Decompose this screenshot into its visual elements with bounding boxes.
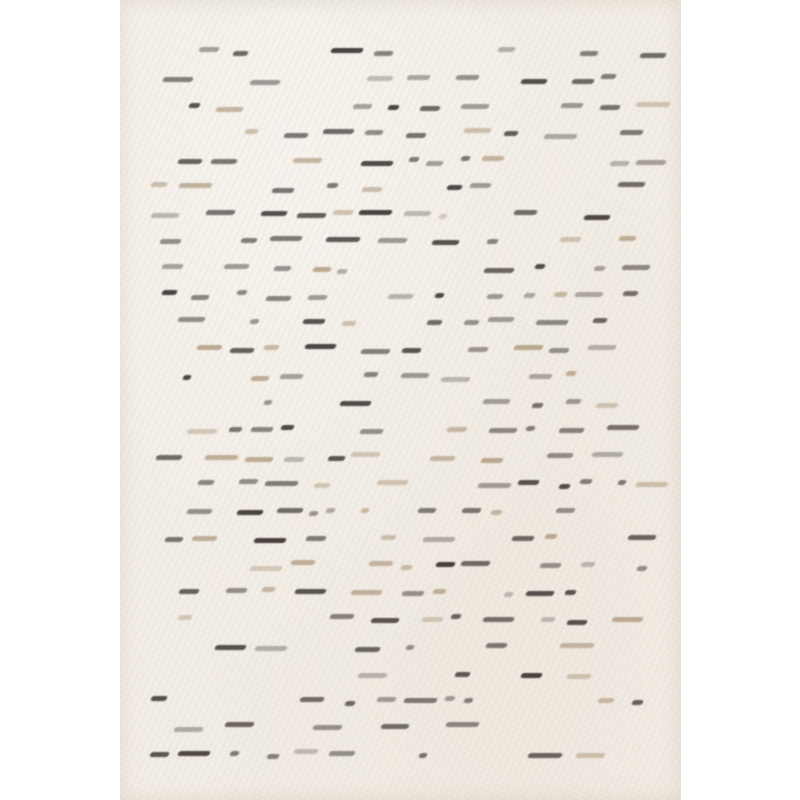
speckle-dash bbox=[304, 344, 337, 349]
speckle-dash bbox=[293, 749, 318, 754]
speckle-dash bbox=[454, 672, 471, 677]
speckle-dash bbox=[313, 483, 331, 488]
speckle-dash bbox=[325, 237, 360, 242]
speckle-dash bbox=[579, 479, 593, 484]
speckle-dash bbox=[419, 106, 441, 111]
speckle-dash bbox=[513, 345, 544, 350]
speckle-dash bbox=[609, 161, 630, 166]
speckle-dash bbox=[445, 696, 456, 701]
speckle-dash bbox=[308, 511, 319, 516]
speckle-dash bbox=[483, 268, 515, 273]
speckle-dash bbox=[363, 372, 379, 377]
speckle-dash bbox=[544, 534, 558, 539]
speckle-dash bbox=[490, 510, 503, 515]
speckle-dash bbox=[600, 74, 617, 79]
speckle-dash bbox=[271, 188, 295, 193]
speckle-dash bbox=[161, 290, 178, 295]
speckle-dash bbox=[249, 566, 283, 571]
speckle-dash bbox=[619, 130, 644, 135]
speckle-dash bbox=[463, 320, 480, 325]
speckle-dash bbox=[225, 588, 248, 593]
speckle-dash bbox=[326, 183, 339, 188]
speckle-dash bbox=[450, 614, 462, 619]
speckle-dash bbox=[265, 296, 291, 301]
speckle-dash bbox=[445, 722, 479, 727]
speckle-dash bbox=[273, 266, 292, 271]
speckle-dash bbox=[418, 753, 428, 758]
rug-speckle-pattern bbox=[120, 0, 681, 800]
speckle-dash bbox=[541, 617, 557, 622]
speckle-dash bbox=[283, 133, 308, 138]
speckle-dash bbox=[350, 590, 382, 595]
speckle-dash bbox=[408, 157, 420, 162]
speckle-dash bbox=[543, 134, 577, 139]
speckle-dash bbox=[178, 589, 200, 594]
speckle-dash bbox=[517, 480, 539, 485]
speckle-dash bbox=[555, 508, 576, 513]
speckle-dash bbox=[312, 267, 332, 272]
speckle-dash bbox=[531, 403, 544, 408]
speckle-dash bbox=[215, 107, 244, 112]
speckle-dash bbox=[534, 264, 546, 269]
speckle-dash bbox=[266, 754, 280, 759]
speckle-dash bbox=[367, 76, 395, 81]
speckle-dash bbox=[497, 47, 516, 52]
speckle-dash bbox=[455, 75, 480, 80]
speckle-dash bbox=[339, 401, 372, 406]
speckle-dash bbox=[332, 210, 353, 215]
speckle-dash bbox=[513, 210, 538, 215]
speckle-dash bbox=[400, 373, 429, 378]
speckle-dash bbox=[553, 292, 568, 297]
speckle-dash bbox=[358, 210, 393, 215]
speckle-dash bbox=[150, 182, 168, 187]
speckle-dash bbox=[191, 536, 218, 541]
speckle-dash bbox=[425, 161, 444, 166]
speckle-dash bbox=[429, 456, 456, 461]
speckle-dash bbox=[214, 645, 247, 650]
speckle-dash bbox=[330, 48, 364, 53]
speckle-dash bbox=[280, 425, 295, 430]
speckle-dash bbox=[477, 483, 512, 488]
speckle-dash bbox=[198, 47, 219, 52]
speckle-dash bbox=[560, 103, 584, 108]
speckle-dash bbox=[161, 264, 184, 269]
speckle-dash bbox=[377, 238, 408, 243]
speckle-dash bbox=[539, 563, 562, 568]
speckle-dash bbox=[250, 427, 273, 432]
speckle-dash bbox=[401, 591, 425, 596]
speckle-dash bbox=[229, 348, 255, 353]
speckle-dash bbox=[178, 183, 212, 188]
speckle-dash bbox=[611, 617, 644, 622]
speckle-dash bbox=[435, 562, 456, 567]
speckle-dash bbox=[376, 480, 409, 485]
speckle-dash bbox=[292, 158, 323, 163]
speckle-dash bbox=[566, 674, 592, 679]
speckle-dash bbox=[232, 51, 249, 56]
speckle-dash bbox=[480, 458, 504, 463]
speckle-dash bbox=[400, 565, 413, 570]
speckle-dash bbox=[354, 647, 381, 652]
speckle-dash bbox=[503, 131, 519, 136]
speckle-dash bbox=[182, 375, 192, 380]
speckle-dash bbox=[463, 698, 474, 703]
speckle-dash bbox=[635, 102, 671, 107]
speckle-dash bbox=[359, 429, 384, 434]
speckle-dash bbox=[486, 294, 504, 299]
speckle-dash bbox=[460, 156, 471, 161]
speckle-dash bbox=[305, 536, 327, 541]
speckle-dash bbox=[618, 236, 636, 241]
speckle-dash bbox=[621, 265, 651, 270]
speckle-dash bbox=[617, 480, 627, 485]
speckle-dash bbox=[228, 427, 243, 432]
speckle-dash bbox=[164, 537, 184, 542]
speckle-dash bbox=[406, 75, 431, 80]
speckle-dash bbox=[260, 211, 288, 216]
speckle-dash bbox=[469, 183, 492, 188]
speckle-dash bbox=[481, 156, 504, 161]
speckle-dash bbox=[280, 374, 305, 379]
speckle-dash bbox=[434, 293, 444, 298]
speckle-dash bbox=[432, 589, 446, 594]
speckle-dash bbox=[150, 696, 168, 701]
speckle-dash bbox=[162, 77, 194, 82]
speckle-dash bbox=[190, 295, 210, 300]
speckle-dash bbox=[511, 536, 534, 541]
speckle-dash bbox=[325, 508, 335, 513]
speckle-dash bbox=[177, 317, 206, 322]
speckle-dash bbox=[250, 376, 269, 381]
speckle-dash bbox=[487, 317, 515, 322]
speckle-dash bbox=[622, 291, 638, 296]
speckle-dash bbox=[322, 129, 355, 134]
speckle-dash bbox=[261, 587, 276, 592]
speckle-dash bbox=[264, 481, 299, 486]
speckle-dash bbox=[376, 697, 397, 702]
speckle-dash bbox=[177, 751, 210, 756]
speckle-dash bbox=[177, 615, 193, 620]
speckle-dash bbox=[627, 535, 657, 540]
speckle-dash bbox=[352, 104, 373, 109]
speckle-dash bbox=[229, 751, 240, 756]
speckle-dash bbox=[299, 697, 325, 702]
speckle-dash bbox=[486, 239, 499, 244]
speckle-dash bbox=[631, 700, 644, 705]
speckle-dash bbox=[197, 480, 215, 485]
speckle-dash bbox=[341, 321, 357, 326]
speckle-dash bbox=[150, 213, 180, 218]
speckle-dash bbox=[595, 403, 619, 408]
speckle-dash bbox=[636, 566, 647, 571]
speckle-dash bbox=[405, 133, 427, 138]
speckle-dash bbox=[173, 727, 204, 732]
speckle-dash bbox=[635, 482, 669, 487]
speckle-dash bbox=[546, 453, 574, 458]
speckle-dash bbox=[559, 643, 595, 648]
speckle-dash bbox=[360, 349, 391, 354]
speckle-dash bbox=[186, 429, 217, 434]
speckle-dash bbox=[463, 128, 492, 133]
speckle-dash bbox=[558, 428, 585, 433]
speckle-dash bbox=[597, 698, 615, 703]
speckle-dash bbox=[575, 753, 606, 758]
speckle-dash bbox=[559, 237, 582, 242]
speckle-dash bbox=[485, 643, 508, 648]
speckle-dash bbox=[439, 214, 449, 219]
speckle-dash bbox=[503, 592, 514, 597]
speckle-dash bbox=[296, 213, 327, 218]
speckle-dash bbox=[370, 618, 400, 623]
speckle-dash bbox=[344, 701, 356, 706]
speckle-dash bbox=[294, 589, 326, 594]
speckle-dash bbox=[177, 159, 203, 164]
speckle-dash bbox=[482, 399, 510, 404]
speckle-dash bbox=[431, 240, 460, 245]
speckle-dash bbox=[426, 320, 443, 325]
speckle-dash bbox=[440, 377, 471, 382]
speckle-dash bbox=[571, 79, 595, 84]
speckle-dash bbox=[380, 724, 410, 729]
speckle-dash bbox=[527, 753, 563, 758]
speckle-dash bbox=[328, 751, 356, 756]
speckle-dash bbox=[240, 238, 258, 243]
speckle-dash bbox=[249, 319, 259, 324]
speckle-dash bbox=[149, 752, 170, 757]
speckle-dash bbox=[364, 130, 384, 135]
speckle-dash bbox=[405, 645, 415, 650]
speckle-dash bbox=[387, 105, 400, 110]
speckle-dash bbox=[276, 508, 304, 513]
speckle-dash bbox=[446, 185, 462, 190]
speckle-dash bbox=[446, 427, 468, 432]
speckle-dash bbox=[639, 53, 667, 58]
speckle-dash bbox=[249, 80, 281, 85]
speckle-dash bbox=[263, 400, 273, 405]
speckle-dash bbox=[574, 292, 604, 297]
speckle-dash bbox=[254, 646, 288, 651]
speckle-dash bbox=[350, 452, 381, 457]
speckle-dash bbox=[380, 535, 396, 540]
speckle-dash bbox=[360, 161, 394, 166]
speckle-dash bbox=[283, 457, 305, 462]
speckle-dash bbox=[403, 698, 438, 703]
speckle-dash bbox=[204, 455, 239, 460]
speckle-dash bbox=[528, 374, 553, 379]
shag-rug bbox=[120, 0, 681, 800]
speckle-dash bbox=[525, 426, 536, 431]
speckle-dash bbox=[329, 614, 355, 619]
speckle-dash bbox=[269, 236, 303, 241]
speckle-dash bbox=[525, 591, 554, 596]
speckle-dash bbox=[583, 215, 611, 220]
speckle-dash bbox=[482, 617, 515, 622]
speckle-dash bbox=[460, 561, 491, 566]
speckle-dash bbox=[401, 348, 422, 353]
speckle-dash bbox=[580, 562, 596, 567]
speckle-dash bbox=[635, 160, 667, 165]
speckle-dash bbox=[617, 182, 646, 187]
speckle-dash bbox=[387, 294, 413, 299]
speckle-dash bbox=[566, 620, 587, 625]
speckle-dash bbox=[592, 318, 608, 323]
speckle-dash bbox=[565, 371, 577, 376]
speckle-dash bbox=[558, 484, 571, 489]
speckle-dash bbox=[403, 211, 432, 216]
speckle-dash bbox=[460, 104, 490, 109]
speckle-dash bbox=[223, 264, 249, 269]
speckle-dash bbox=[155, 455, 183, 460]
speckle-dash bbox=[244, 129, 259, 134]
speckle-dash bbox=[236, 290, 248, 295]
speckle-dash bbox=[591, 452, 623, 457]
speckle-dash bbox=[360, 508, 370, 513]
speckle-dash bbox=[467, 347, 489, 352]
speckle-dash bbox=[188, 103, 201, 108]
speckle-dash bbox=[302, 319, 326, 324]
speckle-dash bbox=[236, 510, 264, 515]
speckle-dash bbox=[238, 479, 259, 484]
speckle-dash bbox=[548, 348, 570, 353]
speckle-dash bbox=[290, 560, 316, 565]
speckle-dash bbox=[520, 79, 548, 84]
speckle-dash bbox=[307, 295, 328, 300]
speckle-dash bbox=[196, 345, 223, 350]
speckle-dash bbox=[423, 537, 457, 542]
speckle-dash bbox=[159, 239, 182, 244]
speckle-dash bbox=[244, 457, 274, 462]
speckle-dash bbox=[186, 509, 213, 514]
speckle-dash bbox=[488, 428, 518, 433]
speckle-dash bbox=[565, 399, 582, 404]
speckle-dash bbox=[417, 508, 437, 513]
speckle-dash bbox=[368, 561, 394, 566]
speckle-dash bbox=[579, 51, 599, 56]
speckle-dash bbox=[520, 673, 543, 678]
speckle-dash bbox=[421, 617, 443, 622]
speckle-dash bbox=[205, 210, 236, 215]
speckle-dash bbox=[564, 590, 577, 595]
speckle-dash bbox=[312, 725, 343, 730]
speckle-dash bbox=[210, 159, 238, 164]
speckle-dash bbox=[461, 508, 482, 513]
speckle-dash bbox=[224, 722, 255, 727]
speckle-dash bbox=[373, 51, 394, 56]
speckle-dash bbox=[361, 187, 383, 192]
speckle-dash bbox=[523, 293, 536, 298]
speckle-dash bbox=[599, 105, 620, 110]
speckle-dash bbox=[253, 538, 286, 543]
speckle-dash bbox=[593, 266, 606, 271]
speckle-dash bbox=[606, 425, 640, 430]
speckle-dash bbox=[263, 345, 280, 350]
speckle-dash bbox=[327, 456, 346, 461]
speckle-dash bbox=[358, 673, 388, 678]
speckle-dash bbox=[336, 269, 348, 274]
speckle-dash bbox=[587, 345, 617, 350]
speckle-dash bbox=[535, 320, 569, 325]
